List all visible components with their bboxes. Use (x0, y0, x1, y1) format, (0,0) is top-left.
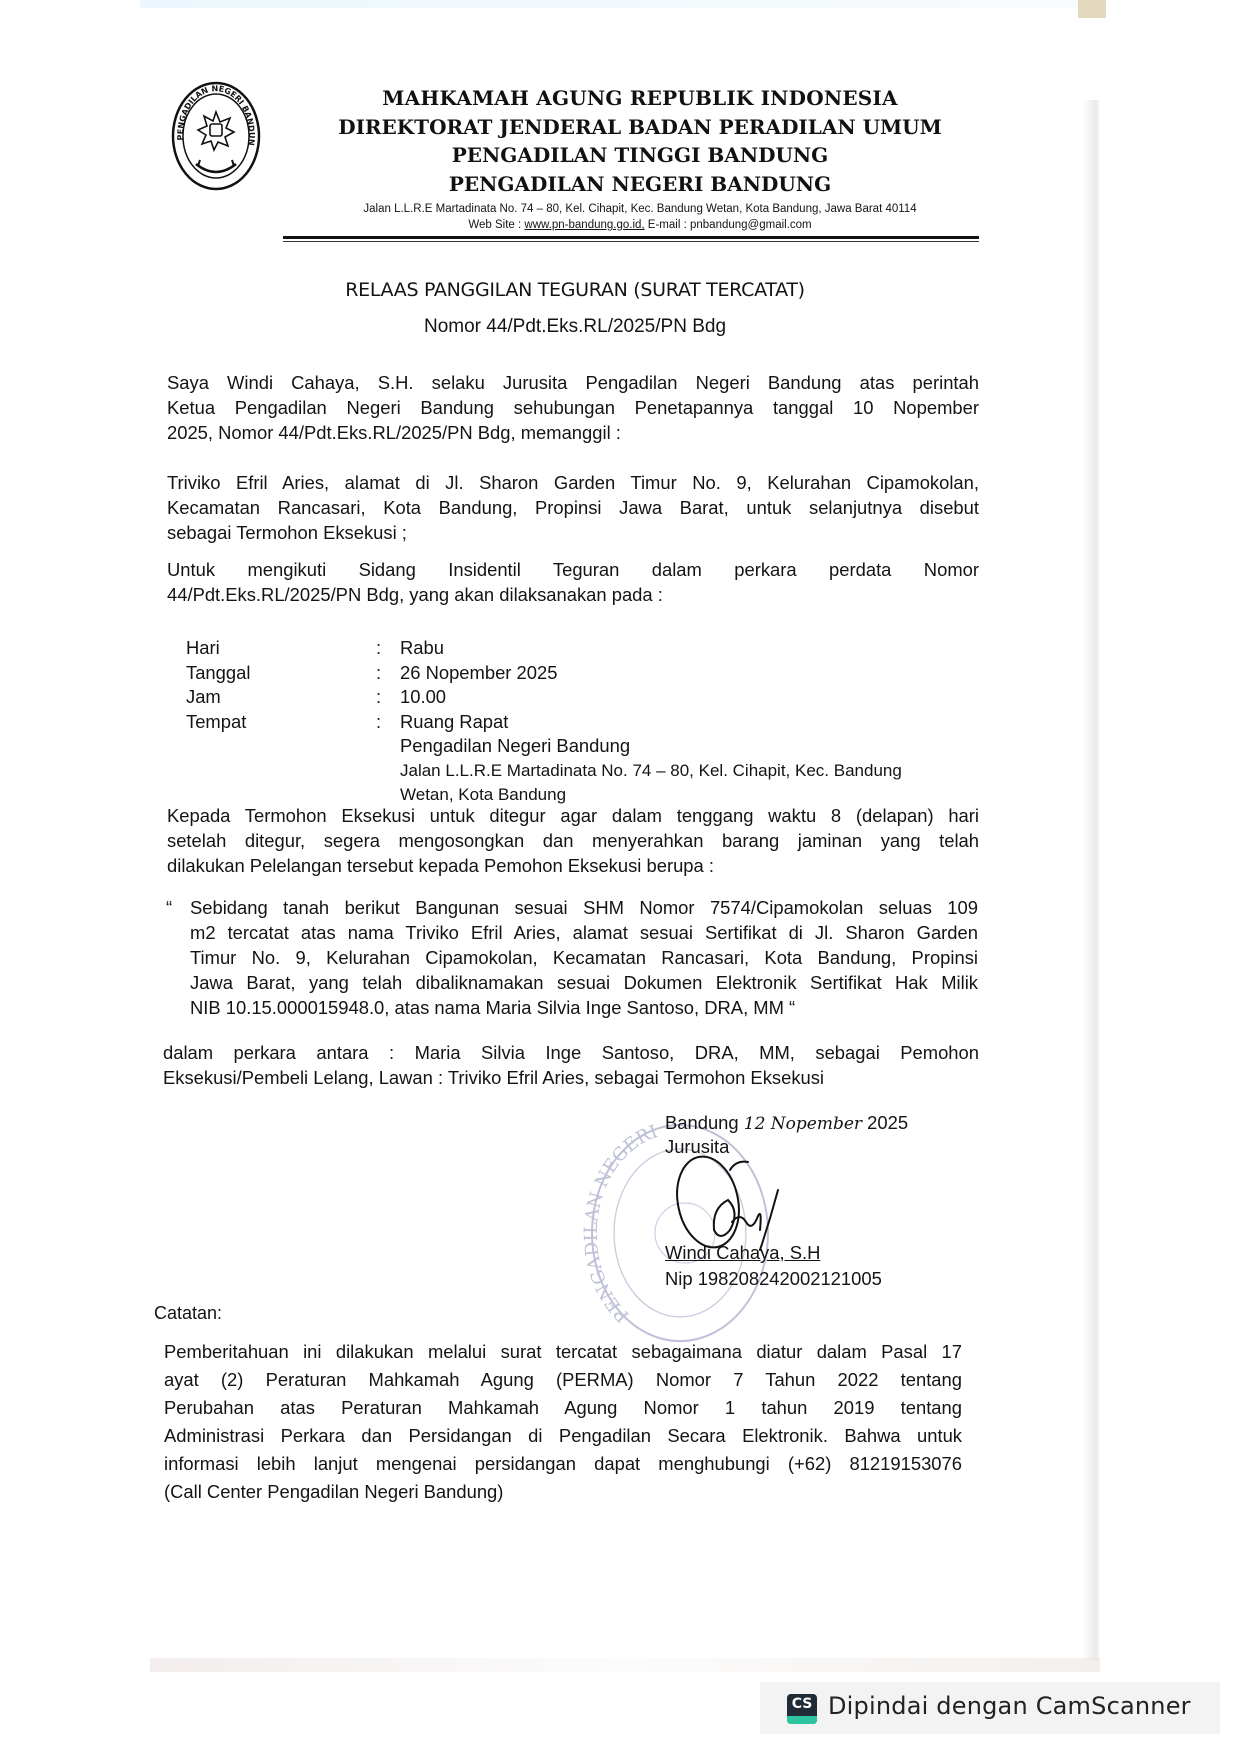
text-line: m2 tercatat atas nama Triviko Efril Arie… (190, 920, 978, 945)
text-line: sebagai Termohon Eksekusi ; (167, 520, 979, 545)
note-paragraph: Pemberitahuan ini dilakukan melalui sura… (164, 1338, 962, 1506)
signatory-nip: Nip 198208242002121005 (665, 1268, 882, 1290)
text-line: (Call Center Pengadilan Negeri Bandung) (164, 1478, 962, 1506)
letterhead-contact: Web Site : www.pn-bandung.go.id, E-mail … (290, 219, 990, 231)
document-number: Nomor 44/Pdt.Eks.RL/2025/PN Bdg (150, 316, 1000, 338)
signature-place-date: Bandung 12 Nopember 2025 (665, 1112, 908, 1134)
text-line: Administrasi Perkara dan Persidangan di … (164, 1422, 962, 1450)
scan-artifact-corner (1078, 0, 1106, 18)
schedule-colon: : (376, 636, 400, 661)
page-edge-shadow (1082, 100, 1100, 1660)
signature-city: Bandung (665, 1112, 744, 1133)
schedule-colon: : (376, 685, 400, 710)
schedule-label: Jam (186, 685, 376, 710)
website-link[interactable]: www.pn-bandung.go.id, (524, 219, 644, 231)
schedule-colon: : (376, 710, 400, 735)
quote-mark: “ (166, 895, 172, 920)
schedule-row-place: Tempat : Ruang Rapat (186, 710, 1000, 735)
letterhead-address: Jalan L.L.R.E Martadinata No. 74 – 80, K… (290, 203, 990, 215)
hearing-schedule: Hari : Rabu Tanggal : 26 Nopember 2025 J… (186, 636, 1000, 807)
schedule-row-date: Tanggal : 26 Nopember 2025 (186, 661, 1000, 686)
camscanner-logo-icon: CS (787, 1694, 817, 1724)
document-title: RELAAS PANGGILAN TEGURAN (SURAT TERCATAT… (150, 279, 1000, 301)
letterhead-line-4: PENGADILAN NEGERI BANDUNG (290, 172, 990, 196)
schedule-value: 26 Nopember 2025 (400, 661, 1000, 686)
svg-text:PENGADILAN NEGERI BANDUNG: PENGADILAN NEGERI BANDUNG (570, 1115, 666, 1326)
paragraph-summons: Saya Windi Cahaya, S.H. selaku Jurusita … (167, 370, 979, 445)
paragraph-respondent: Triviko Efril Aries, alamat di Jl. Sharo… (167, 470, 979, 545)
text-line: 44/Pdt.Eks.RL/2025/PN Bdg, yang akan dil… (167, 582, 979, 607)
schedule-label: Hari (186, 636, 376, 661)
text-line: 2025, Nomor 44/Pdt.Eks.RL/2025/PN Bdg, m… (167, 420, 979, 445)
text-line: Untuk mengikuti Sidang Insidentil Tegura… (167, 557, 979, 582)
scan-artifact-top (140, 0, 1080, 8)
text-line: Timur No. 9, Kelurahan Cipamokolan, Keca… (190, 945, 978, 970)
text-line: Triviko Efril Aries, alamat di Jl. Sharo… (167, 470, 979, 495)
schedule-place-line: Pengadilan Negeri Bandung (186, 734, 1000, 759)
text-line: ayat (2) Peraturan Mahkamah Agung (PERMA… (164, 1366, 962, 1394)
text-line: Perubahan atas Peraturan Mahkamah Agung … (164, 1394, 962, 1422)
text-line: setelah ditegur, segera mengosongkan dan… (167, 828, 979, 853)
text-line: dilakukan Pelelangan tersebut kepada Pem… (167, 853, 979, 878)
note-label: Catatan: (154, 1303, 222, 1324)
schedule-place-line: Jalan L.L.R.E Martadinata No. 74 – 80, K… (186, 759, 1000, 783)
letterhead-line-3: PENGADILAN TINGGI BANDUNG (290, 143, 990, 167)
text-line: dalam perkara antara : Maria Silvia Inge… (163, 1040, 979, 1065)
paragraph-hearing: Untuk mengikuti Sidang Insidentil Tegura… (167, 557, 979, 607)
text-line: Eksekusi/Pembeli Lelang, Lawan : Triviko… (163, 1065, 979, 1090)
text-line: Jawa Barat, yang telah dibaliknamakan se… (190, 970, 978, 995)
camscanner-text: Dipindai dengan CamScanner (828, 1692, 1191, 1720)
schedule-row-time: Jam : 10.00 (186, 685, 1000, 710)
handwritten-date: 12 Nopember (744, 1114, 862, 1134)
schedule-label: Tempat (186, 710, 376, 735)
letterhead-line-2: DIREKTORAT JENDERAL BADAN PERADILAN UMUM (290, 115, 990, 139)
text-line: Kepada Termohon Eksekusi untuk ditegur a… (167, 803, 979, 828)
email-label: E-mail : (645, 219, 690, 231)
web-label: Web Site : (468, 219, 524, 231)
schedule-row-day: Hari : Rabu (186, 636, 1000, 661)
court-emblem-icon: PENGADILAN NEGERI BANDUNG (170, 80, 262, 192)
schedule-value: 10.00 (400, 685, 1000, 710)
text-line: Ketua Pengadilan Negeri Bandung sehubung… (167, 395, 979, 420)
signatory-name: Windi Cahaya, S.H (665, 1242, 820, 1264)
text-line: Sebidang tanah berikut Bangunan sesuai S… (190, 895, 978, 920)
paragraph-parties: dalam perkara antara : Maria Silvia Inge… (163, 1040, 979, 1090)
schedule-label: Tanggal (186, 661, 376, 686)
letterhead-rule-thin (283, 241, 979, 242)
text-line: NIB 10.15.000015948.0, atas nama Maria S… (190, 995, 978, 1020)
scan-artifact-bottom (150, 1658, 1100, 1672)
text-line: Pemberitahuan ini dilakukan melalui sura… (164, 1338, 962, 1366)
letterhead-line-1: MAHKAMAH AGUNG REPUBLIK INDONESIA (290, 86, 990, 110)
text-line: Kecamatan Rancasari, Kota Bandung, Propi… (167, 495, 979, 520)
schedule-value: Pengadilan Negeri Bandung (400, 734, 1000, 759)
email-link[interactable]: pnbandung@gmail.com (690, 219, 812, 231)
schedule-value: Ruang Rapat (400, 710, 1000, 735)
text-line: informasi lebih lanjut mengenai persidan… (164, 1450, 962, 1478)
paragraph-warning: Kepada Termohon Eksekusi untuk ditegur a… (167, 803, 979, 878)
text-line: Saya Windi Cahaya, S.H. selaku Jurusita … (167, 370, 979, 395)
signature-year: 2025 (862, 1112, 908, 1133)
schedule-value: Rabu (400, 636, 1000, 661)
letterhead-rule-thick (283, 236, 979, 239)
schedule-colon: : (376, 661, 400, 686)
camscanner-watermark: CS Dipindai dengan CamScanner (760, 1682, 1220, 1734)
schedule-value: Jalan L.L.R.E Martadinata No. 74 – 80, K… (400, 759, 1000, 783)
